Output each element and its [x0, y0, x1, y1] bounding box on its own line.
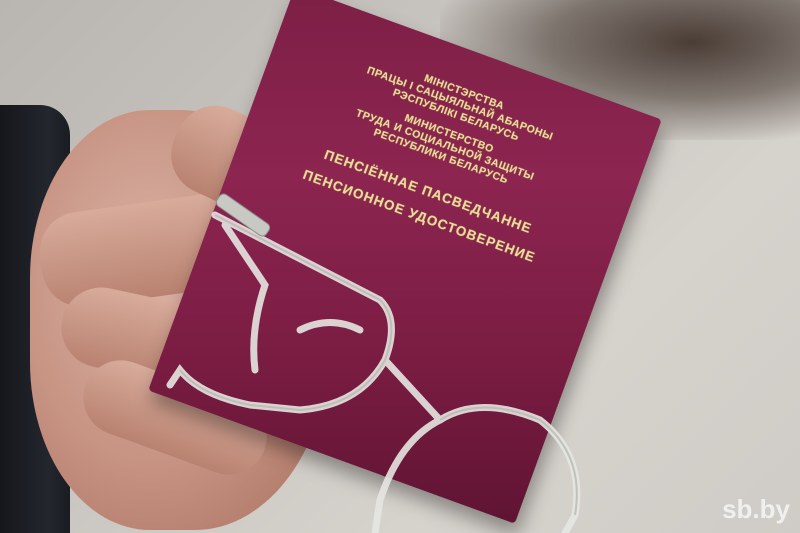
- photo-scene: Міністэрства працы і сацыяльнай абароны …: [0, 0, 800, 533]
- watermark: sb.by: [722, 494, 790, 525]
